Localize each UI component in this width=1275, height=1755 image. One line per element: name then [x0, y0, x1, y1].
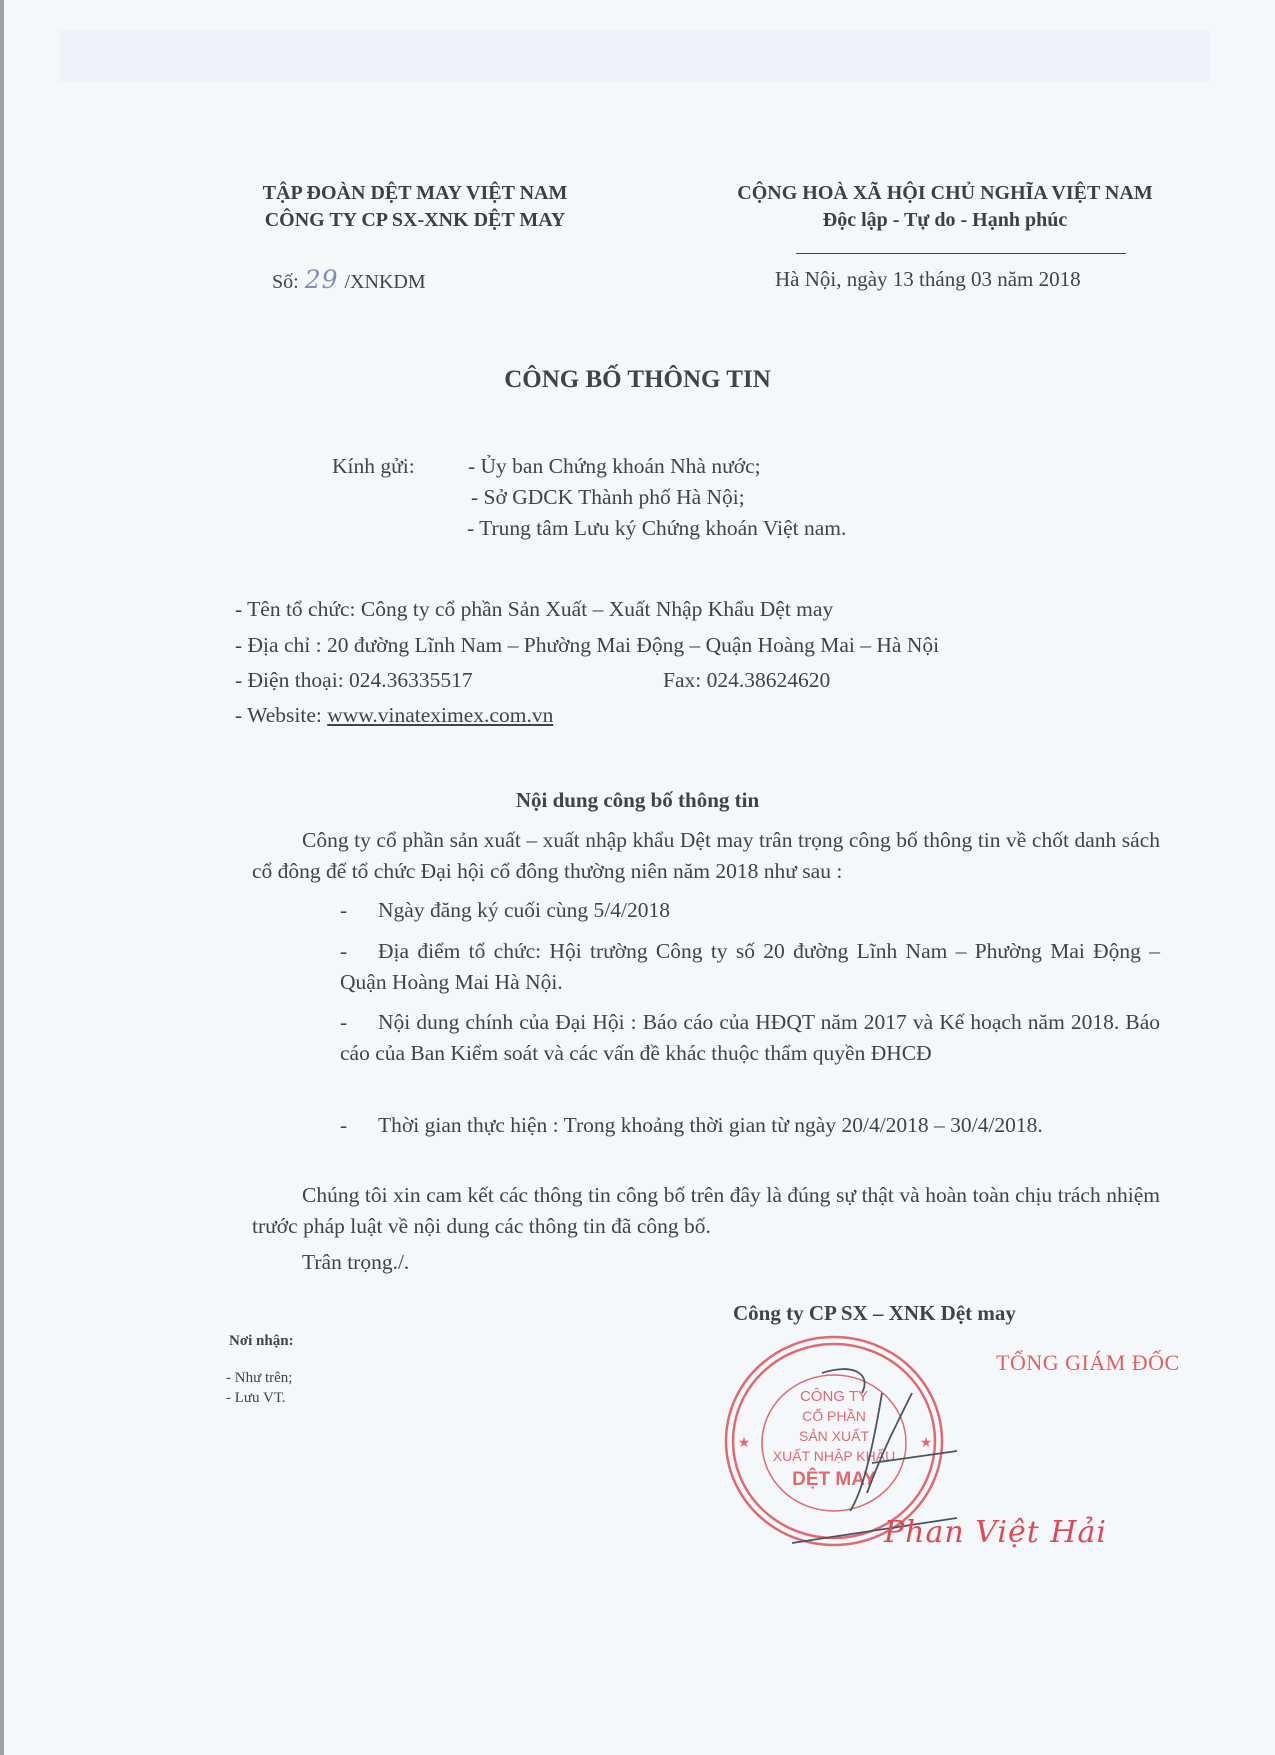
- organization-header: TẬP ĐOÀN DỆT MAY VIỆT NAM CÔNG TY CP SX-…: [200, 180, 630, 234]
- stamp-line: CỔ PHẦN: [802, 1407, 866, 1424]
- document-date: Hà Nội, ngày 13 tháng 03 năm 2018: [775, 267, 1081, 292]
- number-label: Số:: [272, 271, 299, 293]
- document-title: CÔNG BỐ THÔNG TIN: [0, 366, 1275, 394]
- signatory-name: Phan Việt Hải: [884, 1515, 1107, 1550]
- company-phone-line: - Điện thoại: 024.36335517: [235, 668, 473, 693]
- company-name: CÔNG TY CP SX-XNK DỆT MAY: [200, 207, 630, 234]
- scan-shadow: [60, 30, 1210, 82]
- parent-organization: TẬP ĐOÀN DỆT MAY VIỆT NAM: [200, 180, 630, 207]
- content-bullet: -Nội dung chính của Đại Hội : Báo cáo củ…: [340, 1007, 1160, 1069]
- stamp-line: CÔNG TY: [800, 1388, 868, 1405]
- addressee-label: Kính gửi:: [332, 454, 415, 479]
- recipients-title: Nơi nhận:: [229, 1333, 294, 1350]
- company-address-line: - Địa chỉ : 20 đường Lĩnh Nam – Phường M…: [235, 633, 939, 658]
- svg-text:★: ★: [920, 1434, 933, 1450]
- recipient-item: - Lưu VT.: [226, 1390, 286, 1407]
- company-website-line: - Website: www.vinateximex.com.vn: [235, 703, 553, 728]
- website-label: - Website:: [235, 703, 322, 727]
- content-bullet: -Địa điểm tổ chức: Hội trường Công ty số…: [340, 936, 1160, 998]
- scan-edge: [0, 0, 4, 1755]
- bullet-text: Ngày đăng ký cuối cùng 5/4/2018: [378, 898, 670, 922]
- closing-text: Trân trọng./.: [302, 1250, 409, 1275]
- svg-text:★: ★: [738, 1434, 751, 1450]
- signature-role: TỔNG GIÁM ĐỐC: [996, 1350, 1180, 1376]
- national-header: CỘNG HOÀ XÃ HỘI CHỦ NGHĨA VIỆT NAM Độc l…: [680, 180, 1210, 234]
- recipient-item: - Như trên;: [226, 1370, 292, 1387]
- number-value: 29: [305, 265, 339, 294]
- stamp-line: SẢN XUẤT: [799, 1428, 869, 1444]
- bullet-dash: -: [340, 1110, 378, 1141]
- nation-motto: Độc lập - Tự do - Hạnh phúc: [680, 207, 1210, 234]
- bullet-dash: -: [340, 936, 378, 967]
- bullet-dash: -: [340, 1007, 378, 1038]
- content-bullet: -Ngày đăng ký cuối cùng 5/4/2018: [340, 895, 1160, 926]
- signature-company: Công ty CP SX – XNK Dệt may: [733, 1301, 1016, 1326]
- commitment-paragraph: Chúng tôi xin cam kết các thông tin công…: [252, 1180, 1160, 1242]
- addressee-item: - Trung tâm Lưu ký Chứng khoán Việt nam.: [467, 516, 846, 541]
- bullet-text: Thời gian thực hiện : Trong khoảng thời …: [378, 1113, 1043, 1137]
- bullet-text: Địa điểm tổ chức: Hội trường Công ty số …: [340, 939, 1160, 994]
- addressee-item: - Sở GDCK Thành phố Hà Nội;: [471, 485, 745, 510]
- content-bullet: -Thời gian thực hiện : Trong khoảng thời…: [340, 1110, 1160, 1141]
- content-intro: Công ty cổ phần sản xuất – xuất nhập khẩ…: [252, 825, 1160, 887]
- content-heading: Nội dung công bố thông tin: [0, 788, 1275, 813]
- company-name-line: - Tên tổ chức: Công ty cổ phần Sản Xuất …: [235, 597, 833, 622]
- bullet-text: Nội dung chính của Đại Hội : Báo cáo của…: [340, 1010, 1160, 1065]
- number-suffix: /XNKDM: [345, 271, 426, 293]
- header-divider: [796, 253, 1126, 254]
- document-number: Số:29/XNKDM: [272, 265, 426, 294]
- website-link[interactable]: www.vinateximex.com.vn: [327, 703, 553, 727]
- addressee-item: - Ủy ban Chứng khoán Nhà nước;: [468, 454, 761, 479]
- bullet-dash: -: [340, 895, 378, 926]
- company-fax-line: Fax: 024.38624620: [663, 668, 830, 693]
- nation-name: CỘNG HOÀ XÃ HỘI CHỦ NGHĨA VIỆT NAM: [680, 180, 1210, 207]
